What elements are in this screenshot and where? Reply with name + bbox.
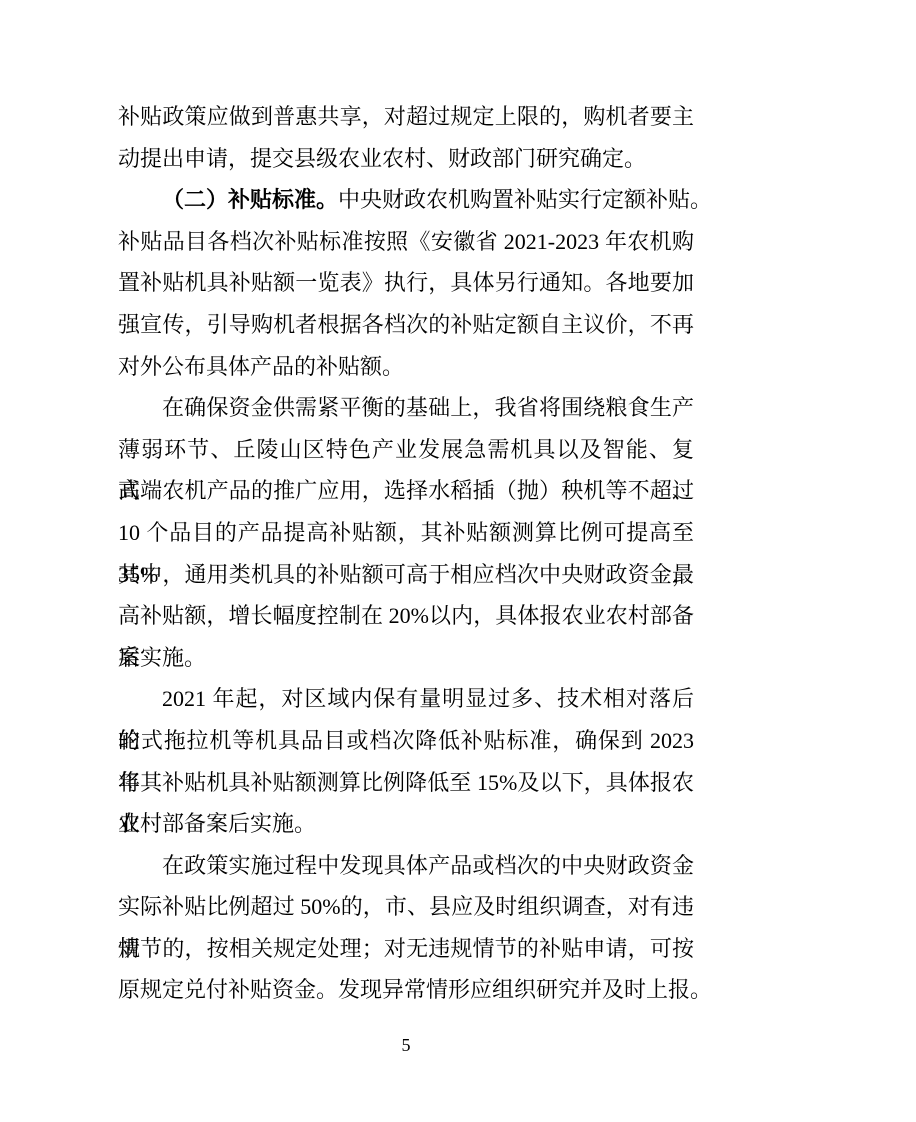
text-block: 补贴政策应做到普惠共享，对超过规定上限的，购机者要主动提出申请，提交县级农业农村… [118, 96, 694, 1011]
text-line: 10 个品目的产品提高补贴额，其补贴额测算比例可提高至 35%， [118, 512, 694, 554]
text-line: 后实施。 [118, 637, 694, 679]
text-line: 实际补贴比例超过 50%的，市、县应及时组织调查，对有违规 [118, 886, 694, 928]
document-page: 补贴政策应做到普惠共享，对超过规定上限的，购机者要主动提出申请，提交县级农业农村… [0, 0, 916, 1122]
text-line: 其中，通用类机具的补贴额可高于相应档次中央财政资金最 [118, 554, 694, 596]
text-line: 强宣传，引导购机者根据各档次的补贴定额自主议价，不再 [118, 304, 694, 346]
text-line: 在确保资金供需紧平衡的基础上，我省将围绕粮食生产 [118, 387, 694, 429]
text-line: 高端农机产品的推广应用，选择水稻插（抛）秧机等不超过 [118, 470, 694, 512]
text-line: 对外公布具体产品的补贴额。 [118, 346, 694, 388]
text-line: 轮式拖拉机等机具品目或档次降低补贴标准，确保到 2023 年 [118, 720, 694, 762]
page-number: 5 [402, 1035, 411, 1055]
text-line: 补贴品目各档次补贴标准按照《安徽省 2021-2023 年农机购 [118, 221, 694, 263]
text-line: 农村部备案后实施。 [118, 803, 694, 845]
text-line: 薄弱环节、丘陵山区特色产业发展急需机具以及智能、复式、 [118, 429, 694, 471]
text-line: 将其补贴机具补贴额测算比例降低至 15%及以下，具体报农业 [118, 762, 694, 804]
text-line: 2021 年起，对区域内保有量明显过多、技术相对落后的 [118, 678, 694, 720]
text-line: （二）补贴标准。中央财政农机购置补贴实行定额补贴。 [118, 179, 694, 221]
text-line: 补贴政策应做到普惠共享，对超过规定上限的，购机者要主 [118, 96, 694, 138]
text-line: 动提出申请，提交县级农业农村、财政部门研究确定。 [118, 138, 694, 180]
text-line: 在政策实施过程中发现具体产品或档次的中央财政资金 [118, 845, 694, 887]
section-heading: （二）补贴标准。 [162, 187, 338, 212]
text-line: 高补贴额，增长幅度控制在 20%以内，具体报农业农村部备案 [118, 595, 694, 637]
text-run: 中央财政农机购置补贴实行定额补贴。 [338, 187, 712, 212]
text-line: 置补贴机具补贴额一览表》执行，具体另行通知。各地要加 [118, 262, 694, 304]
text-line: 情节的，按相关规定处理；对无违规情节的补贴申请，可按 [118, 928, 694, 970]
page-footer: 5 [118, 1034, 694, 1056]
text-line: 原规定兑付补贴资金。发现异常情形应组织研究并及时上报。 [118, 969, 694, 1011]
